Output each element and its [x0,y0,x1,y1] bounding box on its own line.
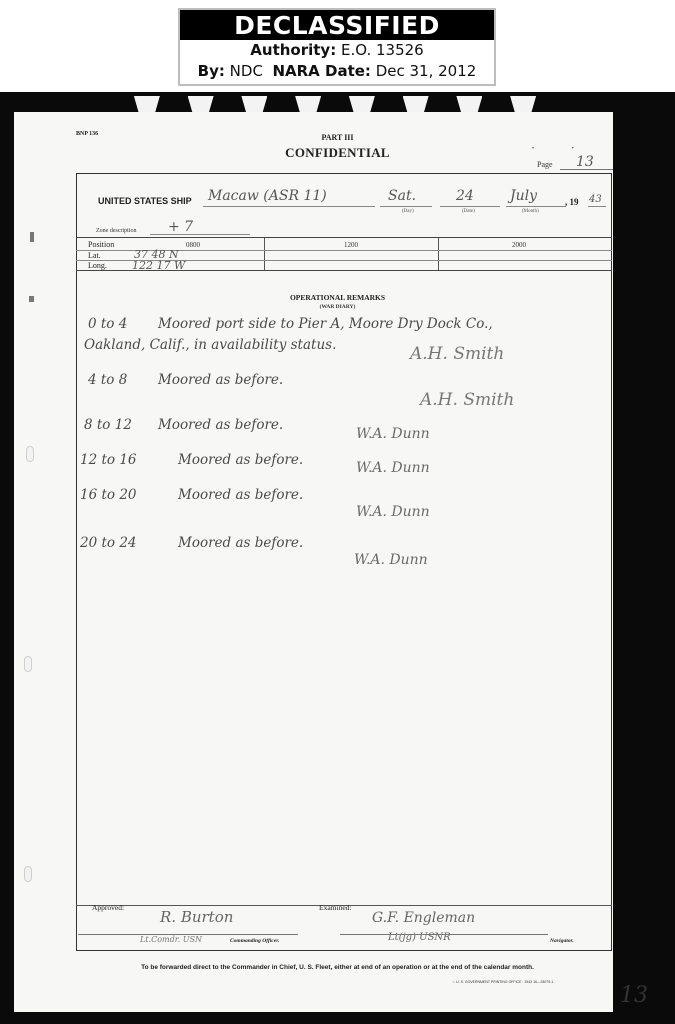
forwarding-note: To be forwarded direct to the Commander … [0,964,675,971]
entry-text: Moored as before. [158,372,283,388]
approved-label: Approved: [92,903,124,912]
co-rank: Lt.Comdr. USN [140,935,202,944]
day-caption: (Day) [402,209,414,214]
stamp-by-date: By: NDC NARA Date: Dec 31, 2012 [180,61,494,82]
entry-text: Moored as before. [178,487,303,503]
watch-signature: A.H. Smith [420,390,514,410]
time-2000: 2000 [512,241,526,249]
position-label: Position [88,240,114,249]
zone-value: + 7 [168,219,193,235]
long-label: Long. [88,261,107,270]
watch-signature: W.A. Dunn [354,552,428,568]
navigator-signature: G.F. Engleman [372,910,475,926]
entry-time: 8 to 12 [84,417,132,433]
day-value: Sat. [388,188,416,204]
entry-text: Moored as before. [178,535,303,551]
date-value: 24 [456,188,474,204]
co-signature: R. Burton [160,908,233,926]
co-signature-line [78,934,298,935]
stamp-authority: Authority: E.O. 13526 [180,40,494,61]
page-label: Page [537,160,553,169]
time-0800: 0800 [186,241,200,249]
zone-label: Zone description [96,228,137,234]
punch-hole [26,446,34,462]
long-0800-value: 122 17 W [132,259,185,272]
entry-text: Moored as before. [178,452,303,468]
ship-underline [203,206,375,207]
watch-signature: W.A. Dunn [356,504,430,520]
entry-time: 12 to 16 [80,452,137,468]
zone-underline [150,234,250,235]
date-underline [440,206,500,207]
handwritten-page-number: 13 [620,983,648,1008]
time-1200: 1200 [344,241,358,249]
watch-signature: W.A. Dunn [356,460,430,476]
entry-time: 4 to 8 [88,372,127,388]
entry-time: 0 to 4 [88,316,127,332]
entry-time: 16 to 20 [80,487,137,503]
ship-name: Macaw (ASR 11) [208,188,327,204]
co-caption: Commanding Officer. [230,938,279,944]
lat-label: Lat. [88,251,101,260]
remarks-subtitle: (WAR DIARY) [0,304,675,310]
navigator-caption: Navigator. [550,938,574,944]
declassified-stamp: DECLASSIFIED Authority: E.O. 13526 By: N… [178,8,496,86]
position-table: Position Lat. Long. 0800 1200 2000 37 48… [76,237,612,271]
entry-text-cont: Oakland, Calif., in availability status. [84,337,336,353]
form-box [76,173,612,951]
bleed-through-text [120,92,550,114]
year-underline [588,206,606,207]
entry-text: Moored as before. [158,417,283,433]
month-underline [506,206,566,207]
punch-hole [24,866,32,882]
punch-hole [24,656,32,672]
watch-signature: W.A. Dunn [356,426,430,442]
decorative-dots: • • [532,146,592,152]
page-number: 13 [576,154,594,170]
entry-time: 20 to 24 [80,535,137,551]
day-underline [380,206,432,207]
stamp-title: DECLASSIFIED [180,10,494,40]
navigator-signature-line [340,934,548,935]
part-heading: PART III [0,133,675,142]
entry-text: Moored port side to Pier A, Moore Dry Do… [158,316,493,332]
ship-label: UNITED STATES SHIP [98,196,192,206]
year-prefix: , 19 [565,197,579,207]
month-caption: (Month) [522,209,539,214]
year-value: 43 [589,194,602,205]
watch-signature: A.H. Smith [410,344,504,364]
examined-label: Examined: [319,903,352,912]
gpo-note: ☆ U. S. GOVERNMENT PRINTING OFFICE : 194… [452,980,553,984]
month-value: July [510,188,537,204]
binder-mark [30,232,34,242]
date-caption: (Date) [462,209,475,214]
remarks-title: OPERATIONAL REMARKS [0,293,675,302]
